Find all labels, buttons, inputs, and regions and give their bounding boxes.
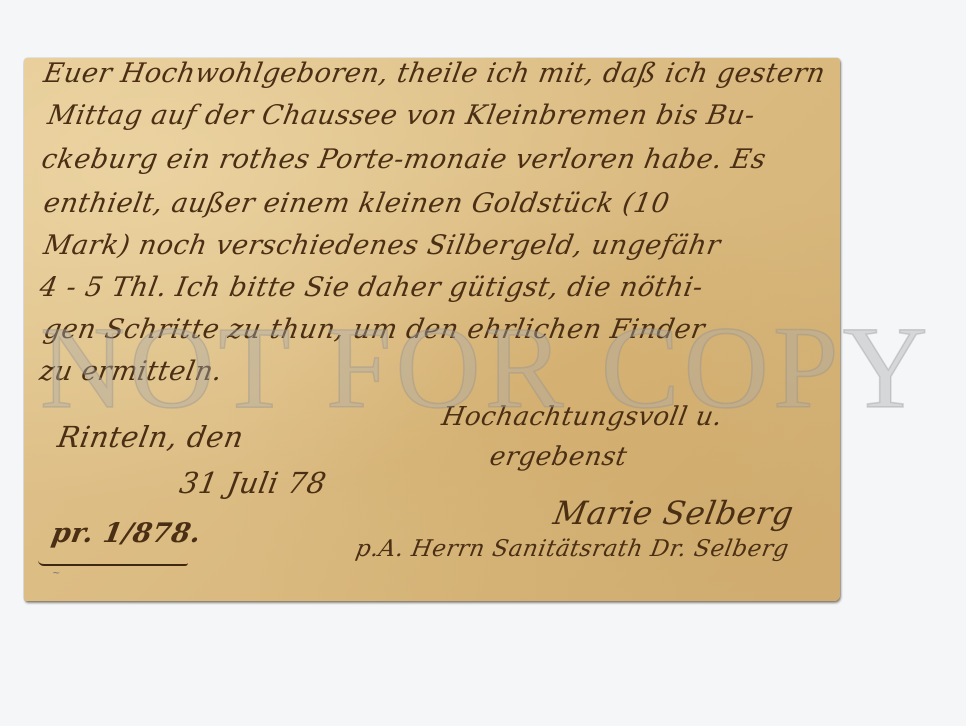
- closing-line-1: Hochachtungsvoll u.: [439, 402, 724, 432]
- date-text: 31 Juli 78: [177, 466, 329, 500]
- signature: Marie Selberg: [551, 494, 797, 532]
- postcard: Euer Hochwohlgeboren, theile ich mit, da…: [24, 58, 840, 601]
- reference-underline: [38, 560, 188, 566]
- forwarding-annotation: p.A. Herrn Sanitätsrath Dr. Selberg: [354, 536, 791, 562]
- body-line-6: 4 - 5 Thl. Ich bitte Sie daher gütigst, …: [37, 272, 705, 303]
- closing-line-2: ergebenst: [487, 442, 629, 472]
- place-text: Rinteln, den: [55, 420, 246, 454]
- pencil-mark: ~: [52, 568, 60, 579]
- body-line-3: ckeburg ein rothes Porte-monaie verloren…: [39, 144, 768, 175]
- body-line-1: Euer Hochwohlgeboren, theile ich mit, da…: [41, 58, 827, 89]
- reference-number: pr. 1/878.: [49, 518, 203, 549]
- body-line-8: zu ermitteln.: [37, 356, 225, 387]
- body-line-7: gen Schritte zu thun, um den ehrlichen F…: [41, 314, 707, 345]
- body-line-2: Mittag auf der Chaussee von Kleinbremen …: [45, 100, 757, 131]
- body-line-5: Mark) noch verschiedenes Silbergeld, ung…: [41, 230, 723, 261]
- body-line-4: enthielt, außer einem kleinen Goldstück …: [41, 188, 672, 219]
